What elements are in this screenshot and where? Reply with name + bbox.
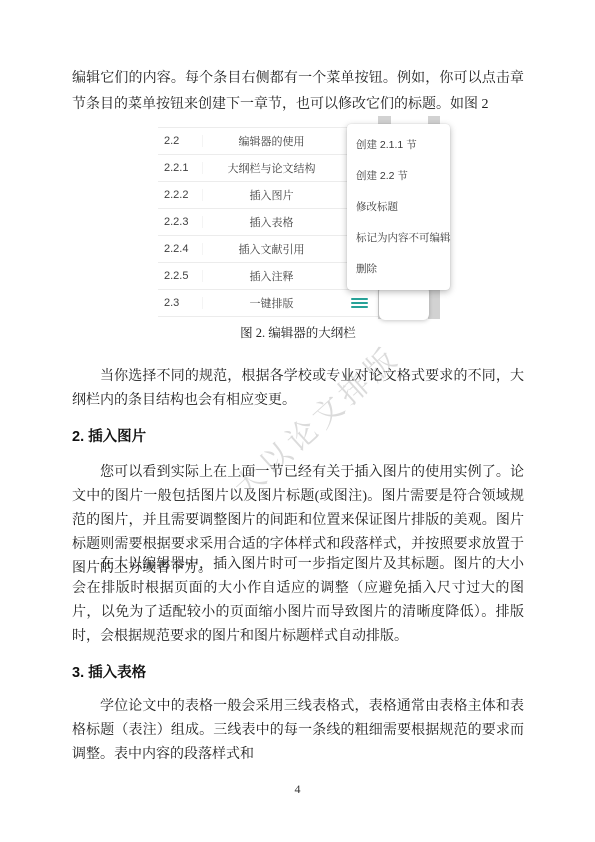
section-title: 插入图片 xyxy=(203,187,340,203)
section-number: 2.2.5 xyxy=(158,270,203,282)
menu-item-create-subsection[interactable]: 创建 2.1.1 节 xyxy=(347,130,450,161)
outline-row[interactable]: 2.2.5 插入注释 xyxy=(158,263,378,290)
outline-row[interactable]: 2.2.3 插入表格 xyxy=(158,209,378,236)
menu-item-delete[interactable]: 删除 xyxy=(347,254,450,285)
section-heading-insert-table: 3. 插入表格 xyxy=(72,664,524,682)
paragraph-intro: 编辑它们的内容。每个条目右侧都有一个菜单按钮。例如，你可以点击章节条目的菜单按钮… xyxy=(72,66,524,118)
outline-row[interactable]: 2.2.4 插入文献引用 xyxy=(158,236,378,263)
paragraph-section2-2: 在大以编辑器中，插入图片时可一步指定图片及其标题。图片的大小会在排版时根据页面的… xyxy=(72,553,524,649)
context-menu: 创建 2.1.1 节 创建 2.2 节 修改标题 标记为内容不可编辑 删除 xyxy=(347,124,450,290)
section-number: 2.2 xyxy=(158,135,203,147)
outline-row[interactable]: 2.2.2 插入图片 xyxy=(158,182,378,209)
menu-item-mark-readonly[interactable]: 标记为内容不可编辑 xyxy=(347,223,450,254)
figure-caption: 图 2. 编辑器的大纲栏 xyxy=(72,325,524,341)
outline-row[interactable]: 2.3 一键排版 xyxy=(158,290,378,317)
menu-item-create-section[interactable]: 创建 2.2 节 xyxy=(347,161,450,192)
section-heading-insert-image: 2. 插入图片 xyxy=(72,428,524,446)
section-number: 2.2.3 xyxy=(158,216,203,228)
page-number: 4 xyxy=(0,782,595,797)
paragraph-section3-1: 学位论文中的表格一般会采用三线表格式，表格通常由表格主体和表格标题（表注）组成。… xyxy=(72,695,524,767)
section-title: 插入表格 xyxy=(203,214,340,230)
section-title: 编辑器的使用 xyxy=(203,133,340,149)
menu-item-rename[interactable]: 修改标题 xyxy=(347,192,450,223)
row-menu-area xyxy=(340,296,378,310)
section-number: 2.3 xyxy=(158,297,203,309)
section-number: 2.2.1 xyxy=(158,162,203,174)
outline-table: 2.2 编辑器的使用 2.2.1 大纲栏与论文结构 2.2.2 插入图片 2.2… xyxy=(158,127,378,317)
floating-card xyxy=(379,286,429,320)
list-icon[interactable] xyxy=(351,296,368,310)
section-number: 2.2.2 xyxy=(158,189,203,201)
section-title: 大纲栏与论文结构 xyxy=(203,160,340,176)
section-title: 插入注释 xyxy=(203,268,340,284)
section-title: 插入文献引用 xyxy=(203,241,340,257)
outline-row[interactable]: 2.2.1 大纲栏与论文结构 xyxy=(158,155,378,182)
document-page: 大以论文排版 编辑它们的内容。每个条目右侧都有一个菜单按钮。例如，你可以点击章节… xyxy=(0,0,595,842)
section-number: 2.2.4 xyxy=(158,243,203,255)
paragraph-after-figure: 当你选择不同的规范，根据各学校或专业对论文格式要求的不同，大纲栏内的条目结构也会… xyxy=(72,365,524,413)
section-title: 一键排版 xyxy=(203,295,340,311)
outline-row[interactable]: 2.2 编辑器的使用 xyxy=(158,128,378,155)
